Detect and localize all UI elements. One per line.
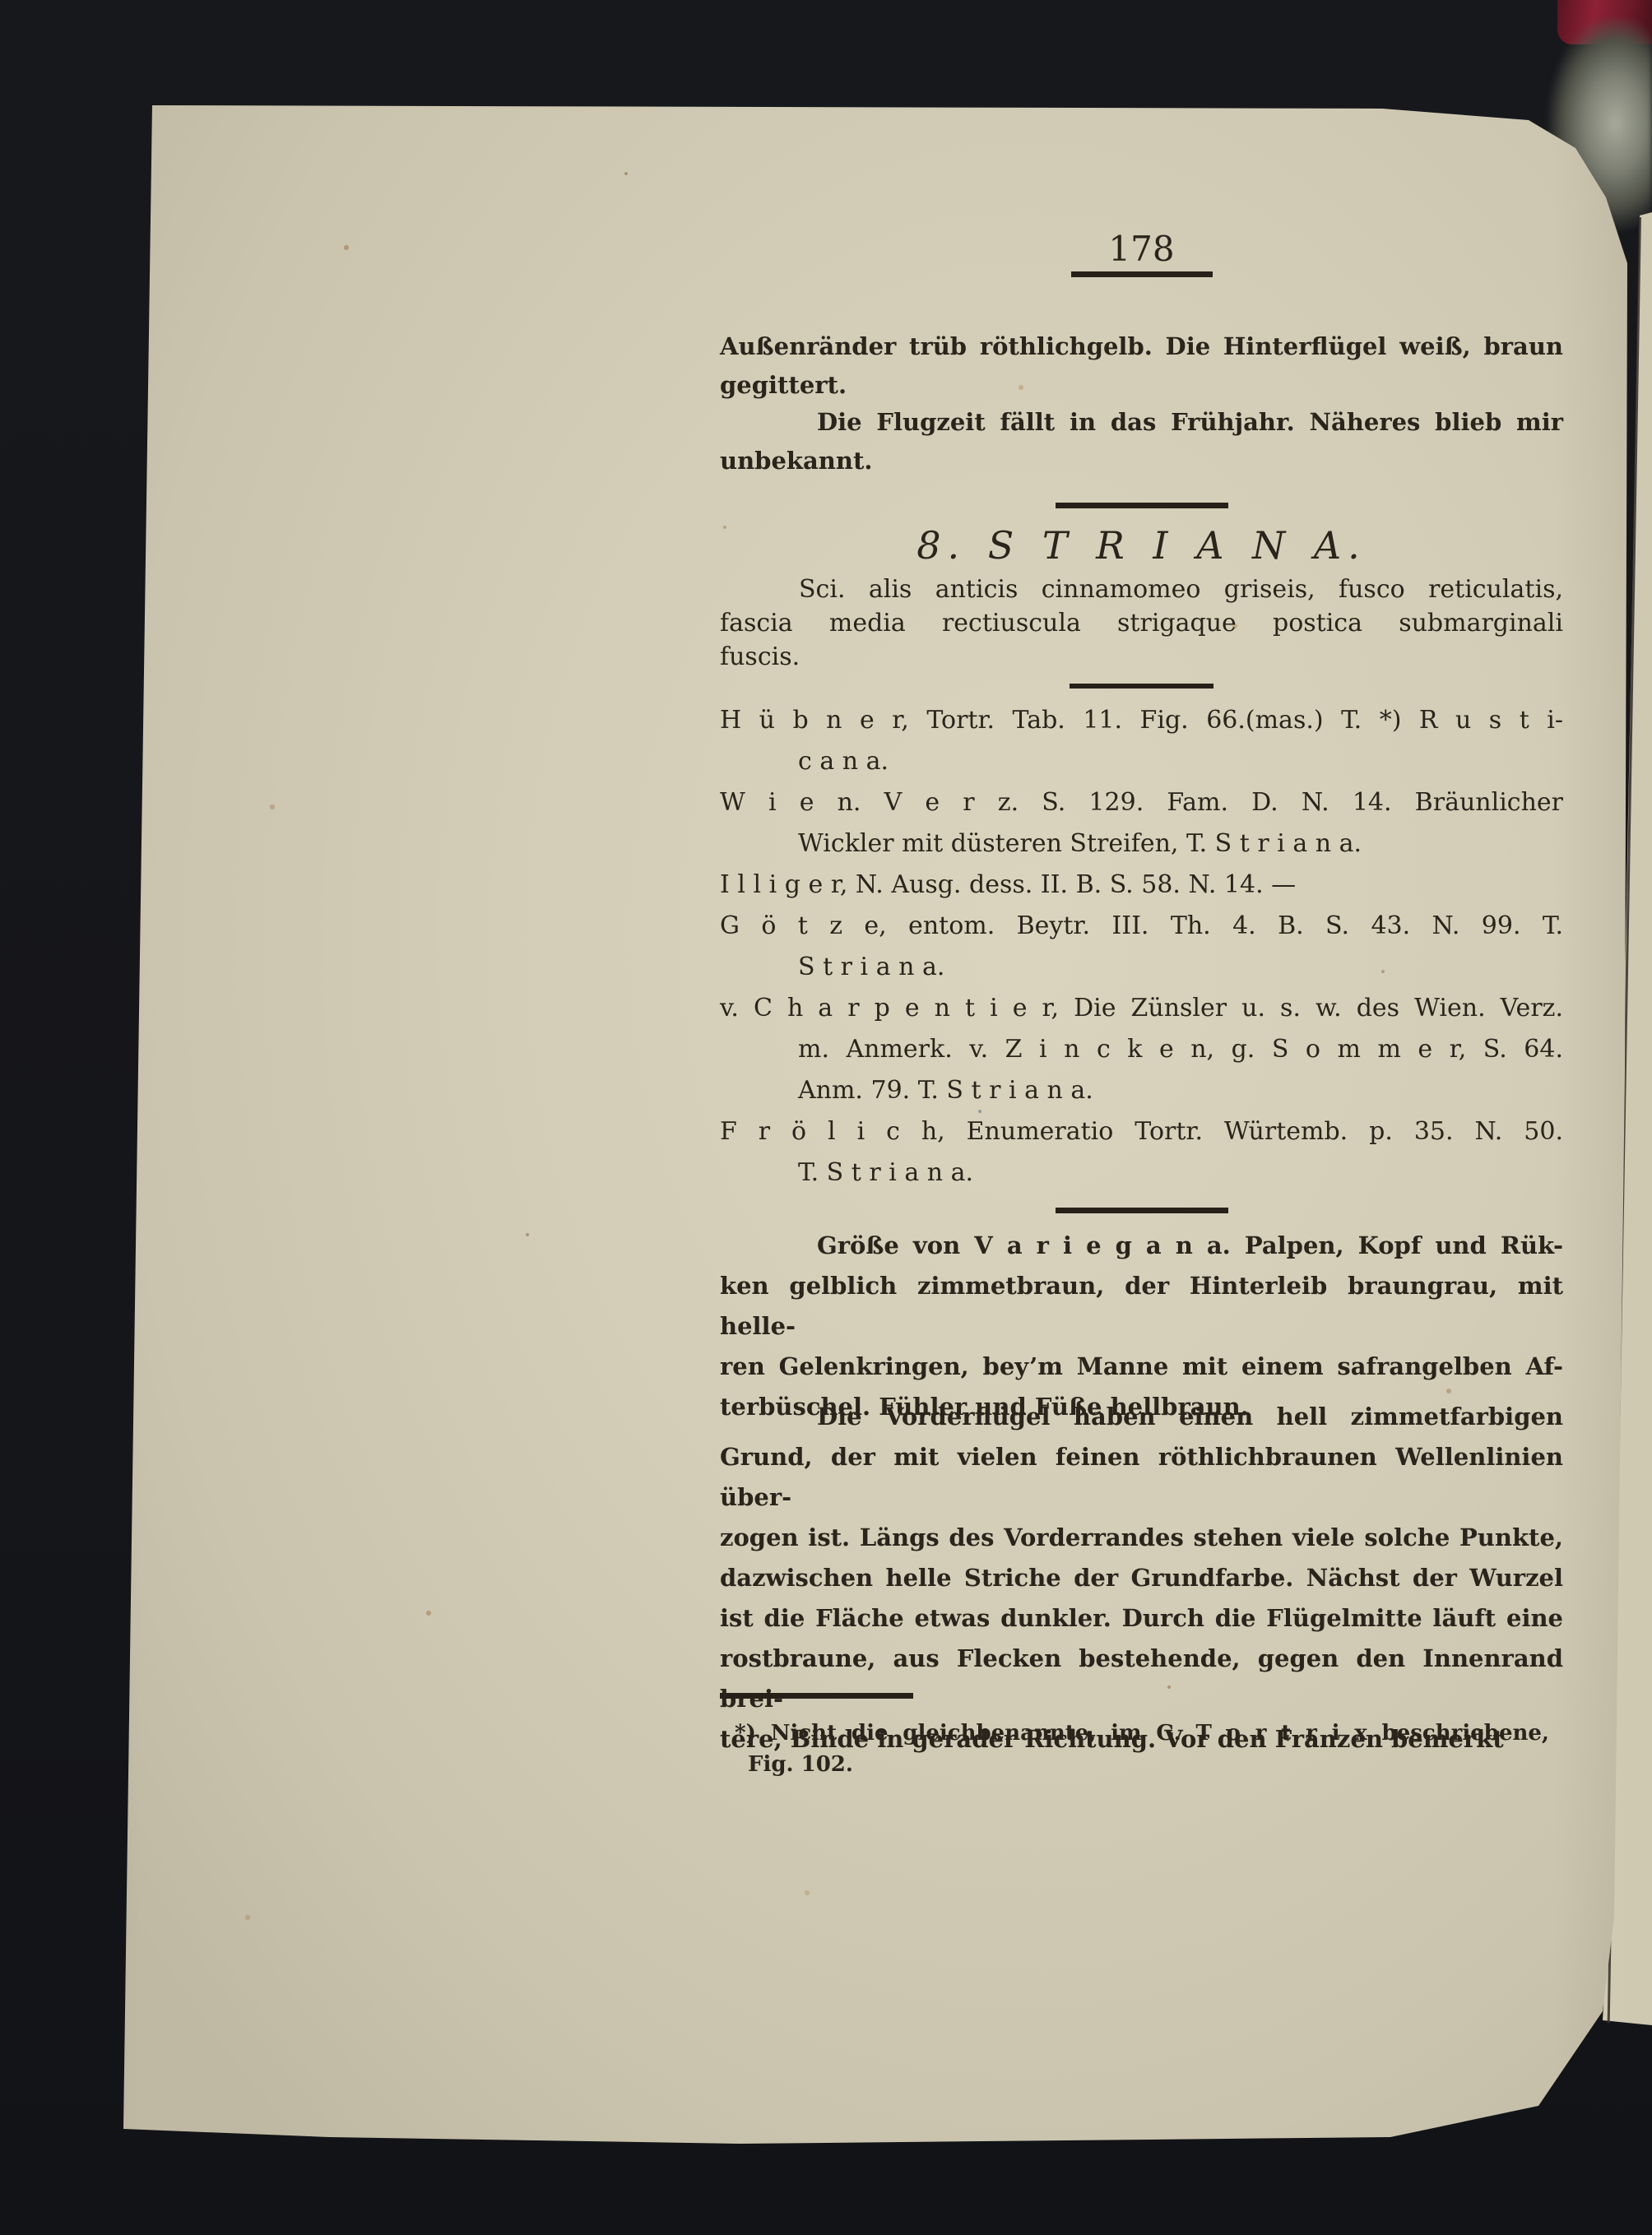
text-line: Größe von V a r i e g a n a. Palpen, Kop… bbox=[720, 1226, 1563, 1266]
text-line: I l l i g e r, N. Ausg. dess. II. B. S. … bbox=[720, 865, 1563, 906]
species-heading: 8. S T R I A N A. bbox=[720, 526, 1563, 564]
text-line: F r ö l i c h, Enumeratio Tortr. Würtemb… bbox=[720, 1111, 1563, 1152]
reference-entry: I l l i g e r, N. Ausg. dess. II. B. S. … bbox=[720, 865, 1563, 906]
reference-entry: H ü b n e r, Tortr. Tab. 11. Fig. 66.(ma… bbox=[720, 700, 1563, 782]
page-number: 178 bbox=[1108, 229, 1174, 269]
text-line: gegittert. bbox=[720, 366, 1563, 405]
reference-divider-rule bbox=[1070, 684, 1213, 689]
text-line: fuscis. bbox=[720, 640, 1563, 674]
text-line: Sci. alis anticis cinnamomeo griseis, fu… bbox=[720, 573, 1563, 606]
text-line: ken gelblich zimmetbraun, der Hinterleib… bbox=[720, 1266, 1563, 1347]
text-line: Grund, der mit vielen feinen röthlichbra… bbox=[720, 1437, 1563, 1518]
text-line: fascia media rectiuscula strigaque posti… bbox=[720, 606, 1563, 640]
text-line: H ü b n e r, Tortr. Tab. 11. Fig. 66.(ma… bbox=[720, 700, 1563, 741]
book-page: 178 Außenränder trüb röthlichgelb. Die H… bbox=[0, 0, 1652, 2235]
text-line: Anm. 79. T. S t r i a n a. bbox=[720, 1070, 1563, 1111]
text-line: *) Nicht die gleichbenannte, im G. T o r… bbox=[735, 1718, 1549, 1749]
paragraph-continuation: Außenränder trüb röthlichgelb. Die Hinte… bbox=[720, 327, 1563, 405]
text-line: c a n a. bbox=[720, 741, 1563, 782]
text-line: zogen ist. Längs des Vorderrandes stehen… bbox=[720, 1518, 1563, 1558]
text-line: S t r i a n a. bbox=[720, 947, 1563, 988]
text-line: dazwischen helle Striche der Grundfarbe.… bbox=[720, 1558, 1563, 1598]
reference-entry: G ö t z e, entom. Beytr. III. Th. 4. B. … bbox=[720, 906, 1563, 988]
paragraph-flight-time: Die Flugzeit fällt in das Frühjahr. Nähe… bbox=[720, 403, 1563, 480]
text-line: G ö t z e, entom. Beytr. III. Th. 4. B. … bbox=[720, 906, 1563, 947]
section-divider-rule bbox=[1056, 503, 1228, 508]
text-line: Fig. 102. bbox=[735, 1749, 1549, 1780]
text-line: unbekannt. bbox=[720, 442, 1563, 480]
book-scan: 178 Außenränder trüb röthlichgelb. Die H… bbox=[0, 0, 1652, 2235]
text-line: Wickler mit düsteren Streifen, T. S t r … bbox=[720, 823, 1563, 865]
reference-list: H ü b n e r, Tortr. Tab. 11. Fig. 66.(ma… bbox=[720, 700, 1563, 1194]
text-line: Die Flugzeit fällt in das Frühjahr. Nähe… bbox=[720, 403, 1563, 442]
text-line: ist die Fläche etwas dunkler. Durch die … bbox=[720, 1598, 1563, 1639]
page-number-rule bbox=[1071, 271, 1213, 277]
text-line: Außenränder trüb röthlichgelb. Die Hinte… bbox=[720, 327, 1563, 366]
description-divider-rule bbox=[1056, 1208, 1228, 1213]
latin-diagnosis: Sci. alis anticis cinnamomeo griseis, fu… bbox=[720, 573, 1563, 674]
footnote: *) Nicht die gleichbenannte, im G. T o r… bbox=[735, 1718, 1549, 1780]
text-line: Die Vorderflügel haben einen hell zimmet… bbox=[720, 1397, 1563, 1437]
text-line: T. S t r i a n a. bbox=[720, 1152, 1563, 1194]
reference-entry: v. C h a r p e n t i e r, Die Zünsler u.… bbox=[720, 988, 1563, 1111]
text-line: rostbraune, aus Flecken bestehende, gege… bbox=[720, 1639, 1563, 1719]
page-number-header: 178 bbox=[720, 232, 1563, 277]
text-line: W i e n. V e r z. S. 129. Fam. D. N. 14.… bbox=[720, 782, 1563, 823]
reference-entry: W i e n. V e r z. S. 129. Fam. D. N. 14.… bbox=[720, 782, 1563, 865]
paper-speckles bbox=[0, 0, 2, 2]
footnote-rule bbox=[720, 1693, 913, 1699]
text-line: v. C h a r p e n t i e r, Die Zünsler u.… bbox=[720, 988, 1563, 1029]
text-block: 178 Außenränder trüb röthlichgelb. Die H… bbox=[720, 0, 1563, 2235]
text-line: m. Anmerk. v. Z i n c k e n, g. S o m m … bbox=[720, 1029, 1563, 1070]
description-paragraph-forewings: Die Vorderflügel haben einen hell zimmet… bbox=[720, 1397, 1563, 1760]
text-line: ren Gelenkringen, bey’m Manne mit einem … bbox=[720, 1347, 1563, 1387]
reference-entry: F r ö l i c h, Enumeratio Tortr. Würtemb… bbox=[720, 1111, 1563, 1194]
